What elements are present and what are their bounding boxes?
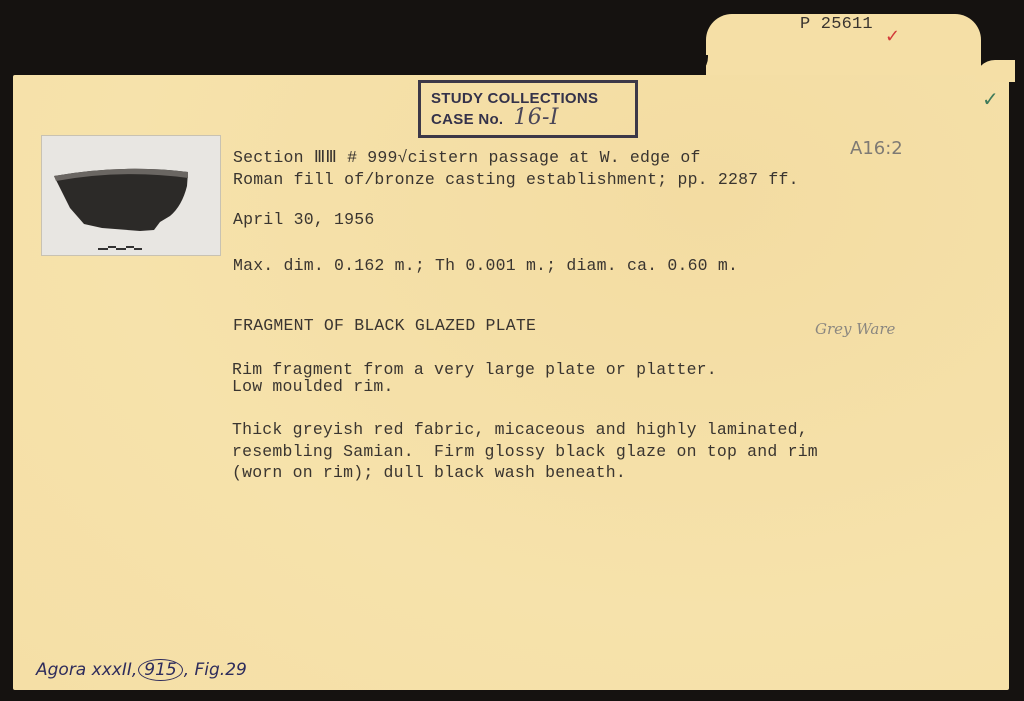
description-line-2: Low moulded rim. bbox=[232, 379, 394, 395]
plate-fragment-image bbox=[42, 136, 220, 255]
catalog-number: P 25611 bbox=[800, 17, 873, 33]
publication-reference: Agora xxxII,915, Fig.29 bbox=[36, 659, 247, 681]
ware-note: Grey Ware bbox=[815, 320, 895, 338]
study-collections-stamp: STUDY COLLECTIONS CASE No.16-I bbox=[418, 80, 638, 138]
fabric-line-1: Thick greyish red fabric, micaceous and … bbox=[232, 422, 808, 438]
tab-right-shoulder bbox=[975, 60, 1015, 82]
catalog-entry-number: 915 bbox=[138, 659, 182, 681]
publication-suffix: , Fig.29 bbox=[184, 660, 247, 680]
object-title: FRAGMENT OF BLACK GLAZED PLATE bbox=[233, 318, 536, 334]
tab-left-curve bbox=[686, 55, 708, 77]
stamp-case-label: CASE No. bbox=[431, 111, 503, 128]
handwritten-code: A16:2 bbox=[850, 138, 903, 159]
fabric-line-2: resembling Samian. Firm glossy black gla… bbox=[232, 444, 818, 460]
date-line: April 30, 1956 bbox=[233, 212, 374, 228]
red-check-mark-icon: ✓ bbox=[885, 26, 900, 47]
section-line-1: Section ⅢⅢ # 999√cistern passage at W. e… bbox=[233, 150, 701, 166]
green-check-mark-icon: ✓ bbox=[982, 87, 999, 111]
fabric-line-3: (worn on rim); dull black wash beneath. bbox=[232, 465, 626, 481]
description-line-1: Rim fragment from a very large plate or … bbox=[232, 362, 717, 378]
publication-prefix: Agora xxxII, bbox=[36, 660, 137, 680]
dimensions-line: Max. dim. 0.162 m.; Th 0.001 m.; diam. c… bbox=[233, 258, 738, 274]
fragment-photo bbox=[41, 135, 221, 256]
case-number: 16-I bbox=[513, 105, 558, 130]
section-line-2: Roman fill of/bronze casting establishme… bbox=[233, 172, 799, 188]
stamp-line-2: CASE No.16-I bbox=[431, 108, 625, 129]
